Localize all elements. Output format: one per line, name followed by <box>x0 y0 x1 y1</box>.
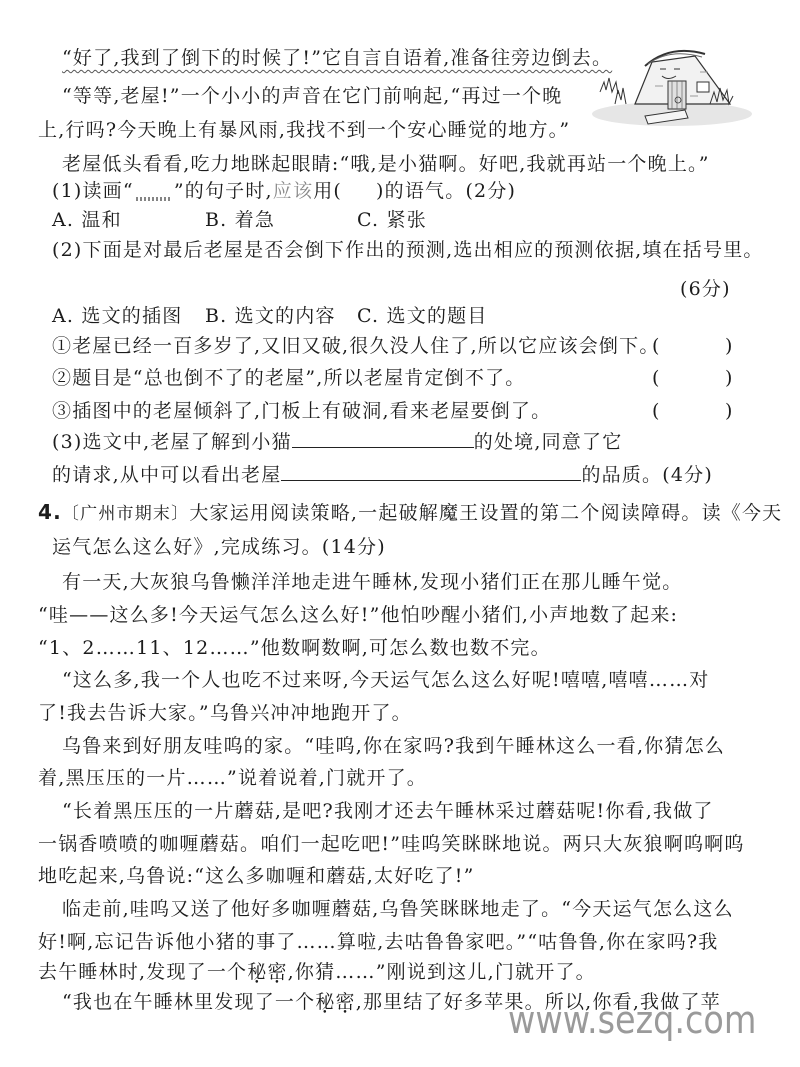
passage2-line-5: 了!我去告诉大家。”乌鲁兴冲冲地跑开了。 <box>38 699 412 727</box>
passage2-line13-b: ,你猜……”刚说到这儿,门就开了。 <box>288 961 596 983</box>
passage2-line14-a: “我也在午睡林里发现了一个 <box>62 991 315 1013</box>
q1-option-c: C. 紧张 <box>357 206 427 234</box>
q2-prompt: (2)下面是对最后老屋是否会倒下作出的预测,选出相应的预测依据,填在括号里。 <box>52 236 764 264</box>
emphasis-dotted-char: 密 <box>336 991 356 1013</box>
q2-item-3-answer-slot[interactable] <box>670 397 720 425</box>
q3-answer-blank-1[interactable] <box>292 429 474 448</box>
q2-option-c: C. 选文的题目 <box>357 302 488 330</box>
q3-line2-prefix: 的请求,从中可以看出老屋 <box>52 464 281 486</box>
q2-item-3-paren-open: ( <box>652 397 659 425</box>
q3-line1-prefix: (3)选文中,老屋了解到小猫 <box>52 431 292 453</box>
emphasis-dotted-char: 秘 <box>315 991 335 1013</box>
q2-item-2-answer-slot[interactable] <box>670 364 720 392</box>
q1-suffix: ”的句子时, <box>174 180 273 202</box>
question-source-tag: 〔广州市期末〕 <box>62 504 189 524</box>
q3-line1-suffix: 的处境,同意了它 <box>474 431 623 453</box>
passage2-line-3: “1、2……11、12……”他数啊数啊,可怎么数也数不完。 <box>38 634 551 662</box>
passage2-line-10: 地吃起来,乌鲁说:“这么多咖喱和蘑菇,太好吃了!” <box>38 862 475 890</box>
q1-option-a: A. 温和 <box>52 206 122 234</box>
q2-item-1: ①老屋已经一百多岁了,又旧又破,很久没人住了,所以它应该会倒下。 <box>52 332 660 360</box>
q2-item-2-paren-close: ) <box>725 364 732 392</box>
q1-faint-text: 应该 <box>273 180 313 202</box>
passage2-line-6: 乌鲁来到好朋友哇呜的家。“哇呜,你在家吗?我到午睡林这么一看,你猜怎么 <box>62 732 725 760</box>
q3-line2-suffix: 的品质。(4分) <box>581 464 713 486</box>
passage2-line-13: 去午睡林时,发现了一个秘密,你猜……”刚说到这儿,门就开了。 <box>38 958 596 986</box>
passage1-line-2: “等等,老屋!”一个小小的声音在它门前响起,“再过一个晚 <box>62 82 562 110</box>
passage1-line-3: 上,行吗?今天晚上有暴风雨,我找不到一个安心睡觉的地方。” <box>38 116 570 144</box>
passage2-line-8: “长着黑压压的一片蘑菇,是吧?我刚才还去午睡林采过蘑菇呢!你看,我做了 <box>62 797 714 825</box>
passage2-line-9: 一锅香喷喷的咖喱蘑菇。咱们一起吃吧!”哇呜笑眯眯地说。两只大灰狼啊呜啊呜 <box>38 830 745 858</box>
q2-option-a: A. 选文的插图 <box>52 302 182 330</box>
passage1-line-1: “好了,我到了倒下的时候了!”它自言自语着,准备往旁边倒去。 <box>62 44 612 72</box>
q2-item-1-answer-slot[interactable] <box>670 332 720 360</box>
passage2-line-1: 有一天,大灰狼乌鲁懒洋洋地走进午睡林,发现小猪们正在那儿睡午觉。 <box>62 568 682 596</box>
question-number: 4. <box>38 500 62 524</box>
q2-item-2-paren-open: ( <box>652 364 659 392</box>
emphasis-dotted-char: 密 <box>267 961 287 983</box>
q2-score: (6分) <box>680 275 731 303</box>
emphasis-dotted-char: 秘 <box>247 961 267 983</box>
passage2-line-12: 好!啊,忘记告诉他小猪的事了……算啦,去咕鲁鲁家吧。”“咕鲁鲁,你在家吗?我 <box>38 928 718 956</box>
question-4-header: 4.〔广州市期末〕大家运用阅读策略,一起破解魔王设置的第二个阅读障碍。读《今天 <box>38 498 782 528</box>
q3-answer-blank-2[interactable] <box>281 462 581 481</box>
q2-item-3: ③插图中的老屋倾斜了,门板上有破洞,看来老屋要倒了。 <box>52 397 551 425</box>
passage2-line-7: 着,黑压压的一片……”说着说着,门就开了。 <box>38 764 427 792</box>
q2-item-2: ②题目是“总也倒不了的老屋”,所以老屋肯定倒不了。 <box>52 364 525 392</box>
passage2-line-11: 临走前,哇呜又送了他好多咖喱蘑菇,乌鲁笑眯眯地走了。“今天运气怎么这么 <box>62 895 734 923</box>
q3-line-2: 的请求,从中可以看出老屋的品质。(4分) <box>52 461 713 489</box>
old-house-illustration <box>590 44 755 126</box>
q2-option-b: B. 选文的内容 <box>205 302 336 330</box>
q1-option-b: B. 着急 <box>205 206 275 234</box>
passage2-line-2: “哇——这么多!今天运气怎么这么好!”他怕吵醒小猪们,小声地数了起来: <box>38 601 678 629</box>
watermark: www.sezq.com <box>508 998 756 1042</box>
q1-prompt: (1)读画“”的句子时,应该用()的语气。(2分) <box>52 177 516 205</box>
q1-after-faint: 用( <box>313 180 342 202</box>
q1-prefix: (1)读画“ <box>52 180 134 202</box>
passage2-line13-a: 去午睡林时,发现了一个 <box>38 961 247 983</box>
passage2-line-4: “这么多,我一个人也吃不过来呀,今天运气怎么这么好呢!嘻嘻,嘻嘻……对 <box>62 666 709 694</box>
question-4-line-2: 运气怎么这么好》,完成练习。(14分) <box>52 533 386 561</box>
passage1-line-4: 老屋低头看看,吃力地眯起眼睛:“哦,是小猫啊。好吧,我就再站一个晚上。” <box>62 150 710 178</box>
question-4-line-1: 大家运用阅读策略,一起破解魔王设置的第二个阅读障碍。读《今天 <box>189 502 782 524</box>
q2-item-3-paren-close: ) <box>725 397 732 425</box>
wavy-underlined-sentence: “好了,我到了倒下的时候了!”它自言自语着,准备往旁边倒去。 <box>62 47 612 69</box>
q2-item-1-paren-close: ) <box>725 332 732 360</box>
wavy-underline-sample <box>134 183 174 197</box>
q2-item-1-paren-open: ( <box>652 332 659 360</box>
q1-close: )的语气。(2分) <box>376 180 516 202</box>
q3-line-1: (3)选文中,老屋了解到小猫的处境,同意了它 <box>52 428 622 456</box>
